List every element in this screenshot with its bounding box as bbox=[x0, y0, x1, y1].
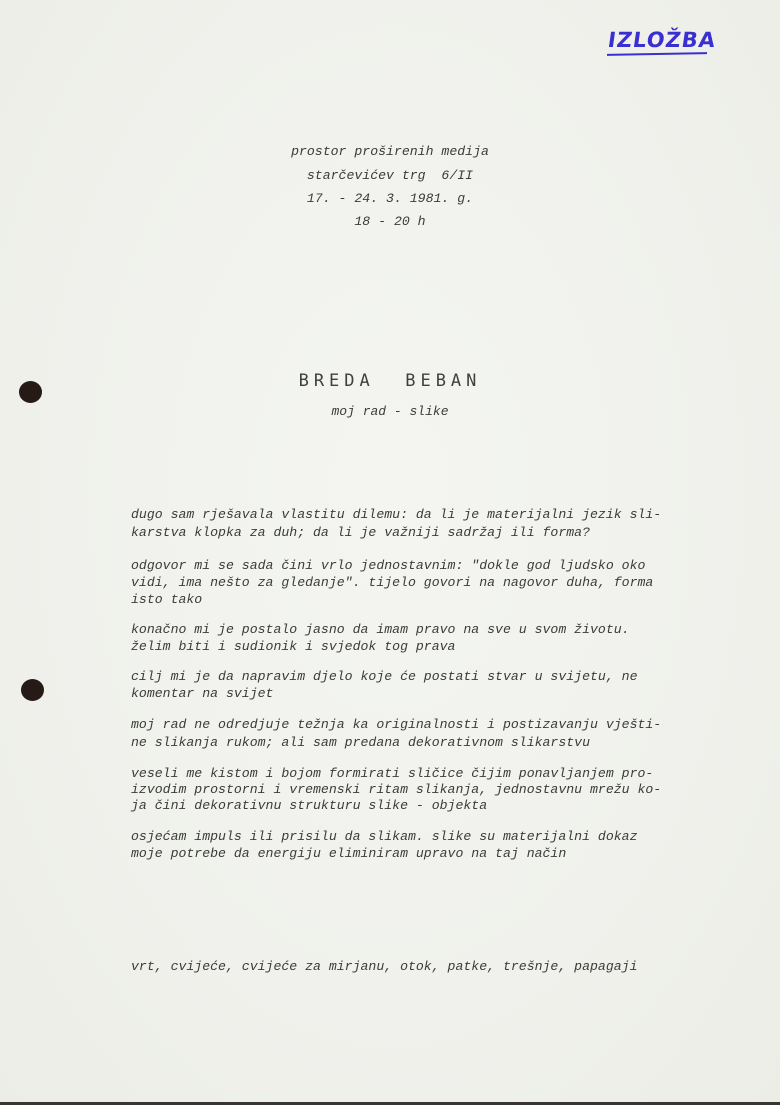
text-line: izvodim prostorni i vremenski ritam slik… bbox=[131, 782, 661, 798]
text-line: moje potrebe da energiju eliminiram upra… bbox=[131, 846, 566, 862]
text-line: konačno mi je postalo jasno da imam prav… bbox=[131, 622, 630, 638]
text-line: dugo sam rješavala vlastitu dilemu: da l… bbox=[131, 507, 661, 523]
venue-line: prostor proširenih medija bbox=[0, 144, 780, 160]
text-line: odgovor mi se sada čini vrlo jednostavni… bbox=[131, 558, 645, 574]
text-line: ne slikanja rukom; ali sam predana dekor… bbox=[131, 735, 590, 751]
text-line: ja čini dekorativnu strukturu slike - ob… bbox=[131, 798, 487, 814]
text-line: vidi, ima nešto za gledanje". tijelo gov… bbox=[131, 575, 653, 591]
subtitle: moj rad - slike bbox=[0, 404, 780, 420]
dates-line: 17. - 24. 3. 1981. g. bbox=[0, 191, 780, 207]
punch-hole bbox=[21, 679, 44, 701]
subjects-list: vrt, cvijeće, cvijeće za mirjanu, otok, … bbox=[131, 959, 637, 975]
text-line: komentar na svijet bbox=[131, 686, 273, 702]
text-line: isto tako bbox=[131, 592, 202, 608]
text-line: cilj mi je da napravim djelo koje će pos… bbox=[131, 669, 637, 685]
text-line: želim biti i sudionik i svjedok tog prav… bbox=[131, 639, 455, 655]
text-line: moj rad ne odredjuje težnja ka originaln… bbox=[131, 717, 661, 733]
text-line: osjećam impuls ili prisilu da slikam. sl… bbox=[131, 829, 637, 845]
handwritten-underline bbox=[607, 52, 707, 56]
text-line: veseli me kistom i bojom formirati sliči… bbox=[131, 766, 653, 782]
typewritten-page: IZLOŽBA prostor proširenih medija starče… bbox=[0, 0, 780, 1105]
handwritten-annotation: IZLOŽBA bbox=[606, 28, 717, 52]
artist-name: BREDA BEBAN bbox=[0, 371, 780, 391]
text-line: karstva klopka za duh; da li je važniji … bbox=[131, 525, 590, 541]
address-line: starčevićev trg 6/II bbox=[0, 168, 780, 184]
hours-line: 18 - 20 h bbox=[0, 214, 780, 230]
